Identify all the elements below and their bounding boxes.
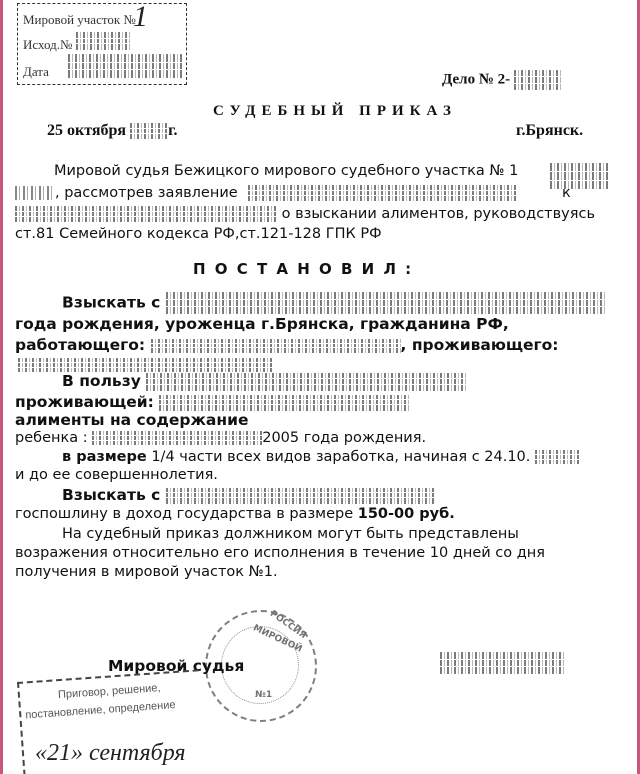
in-favor-line: В пользу bbox=[62, 372, 466, 391]
redacted-workplace bbox=[151, 339, 401, 353]
intro-line-2-end: к bbox=[562, 185, 571, 201]
amount-line: в размере 1/4 части всех видов заработка… bbox=[62, 449, 581, 465]
redacted-year bbox=[130, 123, 168, 139]
redacted-applicant bbox=[248, 185, 518, 201]
stamp-line-2: постановление, определение bbox=[25, 699, 176, 721]
redacted-judge-name bbox=[550, 163, 608, 189]
intro-line-1: Мировой судья Бежицкого мирового судебно… bbox=[54, 163, 518, 179]
child-line: ребенка : 2005 года рождения. bbox=[15, 430, 426, 446]
redacted-claimant bbox=[146, 373, 466, 391]
fee-line: госпошлину в доход государства в размере… bbox=[15, 506, 455, 522]
amount-label: в размере bbox=[62, 449, 147, 465]
redacted-debtor-details bbox=[166, 292, 606, 314]
document-title: СУДЕБНЫЙ ПРИКАЗ bbox=[213, 103, 457, 120]
intro-line-4: ст.81 Семейного кодекса РФ,ст.121-128 ГП… bbox=[15, 226, 382, 242]
intro-line-2: , рассмотрев заявление bbox=[15, 185, 518, 201]
alimony-line: алименты на содержание bbox=[15, 411, 248, 429]
collect-from-line: Взыскать с bbox=[62, 292, 606, 314]
redacted-date bbox=[68, 54, 183, 78]
intro-line-3-text: о взыскании алиментов, руководствуясь bbox=[282, 206, 595, 222]
city: г.Брянск. bbox=[516, 122, 583, 140]
collect-fee-line: Взыскать с bbox=[62, 486, 436, 504]
collect-from-label: Взыскать с bbox=[62, 294, 160, 312]
birth-line: года рождения, уроженца г.Брянска, гражд… bbox=[15, 315, 509, 333]
redacted-address bbox=[18, 358, 273, 372]
order-date: 25 октября г. bbox=[47, 122, 178, 140]
date-label: Дата bbox=[23, 64, 49, 80]
until-line: и до ее совершеннолетия. bbox=[15, 467, 218, 483]
working-line: работающего: , проживающего: bbox=[15, 336, 559, 354]
in-favor-label: В пользу bbox=[62, 372, 141, 390]
redacted-debtor bbox=[15, 206, 277, 222]
outgoing-label: Исход.№ bbox=[23, 37, 72, 53]
handwritten-date: «21» сентября bbox=[35, 740, 186, 767]
redacted-child-name bbox=[92, 431, 262, 445]
objection-line-2: возражения относительно его исполнения в… bbox=[15, 545, 545, 561]
redacted-start-year bbox=[535, 450, 581, 464]
case-number: Дело № 2- bbox=[442, 70, 562, 90]
redacted-judge-signature-name bbox=[440, 652, 565, 674]
intro-line-2-text: , рассмотрев заявление bbox=[55, 185, 238, 201]
stamp-line-1: Приговор, решение, bbox=[58, 682, 161, 701]
residing-f-label: проживающей: bbox=[15, 393, 154, 411]
objection-line-1: На судебный приказ должником могут быть … bbox=[62, 526, 519, 542]
residing-label: , проживающего: bbox=[401, 336, 559, 354]
fee-amount: 150-00 руб. bbox=[358, 506, 455, 522]
resolved-heading: П О С Т А Н О В И Л : bbox=[193, 260, 413, 278]
redacted-initials bbox=[15, 186, 55, 200]
page-edge-left bbox=[0, 0, 3, 774]
district-label: Мировой участок № bbox=[23, 12, 136, 28]
redacted-outgoing-number bbox=[76, 32, 132, 50]
collect-fee-label: Взыскать с bbox=[62, 486, 160, 504]
residing-f-line: проживающей: bbox=[15, 393, 409, 411]
redacted-fee-debtor bbox=[166, 488, 436, 504]
case-number-label: Дело № 2- bbox=[442, 71, 510, 87]
child-suffix: 2005 года рождения. bbox=[262, 430, 426, 446]
registration-stamp: Мировой участок № 1 Исход.№ Дата bbox=[17, 3, 187, 85]
child-prefix: ребенка : bbox=[15, 430, 88, 446]
year-suffix: г. bbox=[168, 122, 177, 139]
district-number: 1 bbox=[133, 0, 148, 34]
working-label: работающего: bbox=[15, 336, 145, 354]
objection-line-3: получения в мировой участок №1. bbox=[15, 564, 278, 580]
seal-text-3: №1 bbox=[255, 690, 272, 700]
amount-text: 1/4 части всех видов заработка, начиная … bbox=[151, 449, 530, 465]
intro-line-3: о взыскании алиментов, руководствуясь bbox=[15, 206, 595, 222]
redacted-claimant-address bbox=[159, 395, 409, 411]
order-date-text: 25 октября bbox=[47, 122, 126, 139]
redacted-case-number bbox=[514, 70, 562, 90]
fee-text: госпошлину в доход государства в размере bbox=[15, 506, 353, 522]
